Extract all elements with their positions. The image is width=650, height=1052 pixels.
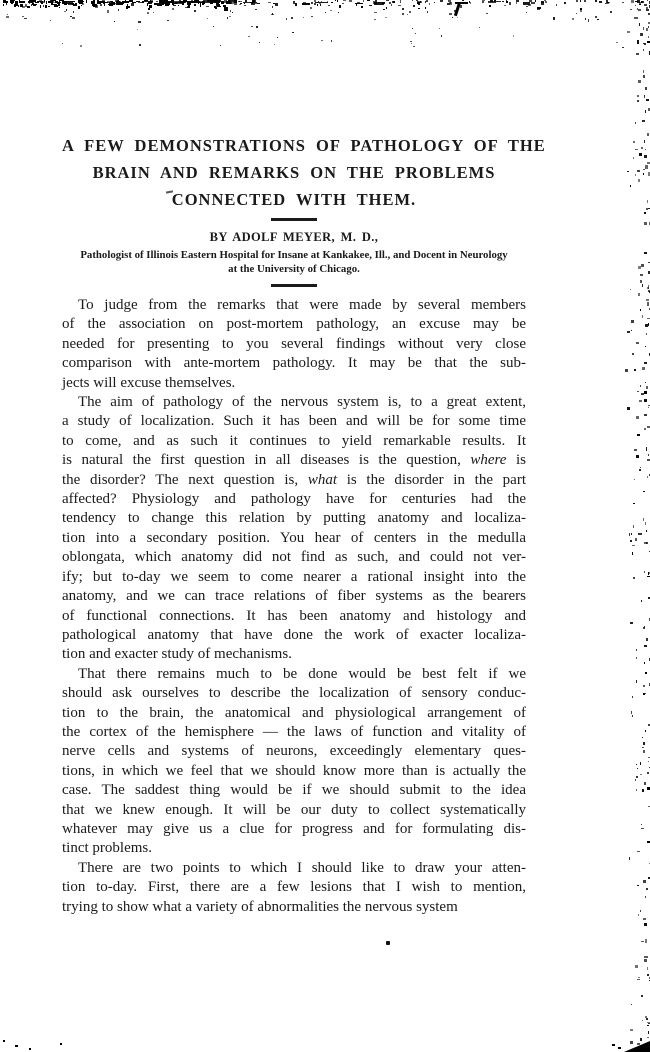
scan-speck xyxy=(636,342,638,344)
scan-speck xyxy=(640,467,641,468)
scan-speck xyxy=(642,747,644,748)
scan-speck xyxy=(637,768,639,769)
scan-speck xyxy=(645,1016,647,1017)
paragraph: The aim of pathology of the nervous syst… xyxy=(62,393,526,665)
scan-speck xyxy=(641,393,644,395)
scan-speck xyxy=(644,400,646,402)
scan-speck xyxy=(572,18,574,19)
scan-speck xyxy=(641,264,644,267)
scan-speck xyxy=(59,7,61,9)
scan-speck xyxy=(648,26,649,28)
scan-speck xyxy=(647,772,649,774)
scan-speck xyxy=(645,165,648,168)
scan-speck xyxy=(649,5,650,7)
scan-speck xyxy=(643,742,645,745)
scan-speck xyxy=(645,87,646,90)
scan-speck xyxy=(6,3,7,5)
scan-speck xyxy=(627,331,630,334)
scan-speck xyxy=(630,9,632,10)
scan-speck xyxy=(647,576,650,578)
scan-speck xyxy=(643,918,646,919)
body-line: of the association on post-mortem pathol… xyxy=(62,315,526,334)
scan-speck xyxy=(53,0,55,1)
scan-speck xyxy=(58,5,59,7)
article-body: To judge from the remarks that were made… xyxy=(62,296,526,917)
byline: BY ADOLF MEYER, M. D., xyxy=(62,230,526,245)
body-line: of functional connections. It has been a… xyxy=(62,607,526,626)
scan-speck xyxy=(643,49,645,51)
scan-speck xyxy=(637,8,638,10)
scan-speck xyxy=(640,280,642,283)
scan-speck xyxy=(648,1031,649,1034)
scan-speck xyxy=(50,0,53,1)
scan-speck xyxy=(58,2,60,4)
title-line: CONNECTED WITH THEM. xyxy=(62,186,526,213)
body-line: ify; but to-day we seem to come nearer a… xyxy=(62,568,526,587)
scan-speck xyxy=(605,3,608,4)
scan-speck xyxy=(646,1018,648,1020)
scan-speck xyxy=(541,1,543,4)
scan-speck xyxy=(644,155,647,158)
scan-speck xyxy=(646,638,648,641)
scan-speck xyxy=(33,5,36,6)
scan-speck xyxy=(643,518,644,521)
scan-speck xyxy=(648,572,650,574)
scan-speck xyxy=(622,2,624,3)
scan-speck xyxy=(34,4,37,5)
scan-speck xyxy=(646,888,648,891)
scan-speck xyxy=(642,1020,643,1021)
scan-speck xyxy=(643,880,646,882)
scan-speck xyxy=(645,730,646,732)
scan-speck xyxy=(642,315,643,317)
separator-rule-top xyxy=(271,218,317,221)
scan-speck xyxy=(647,1037,649,1038)
scan-artifact-dot xyxy=(386,941,390,945)
scan-speck xyxy=(57,5,58,7)
scan-speck xyxy=(59,0,60,2)
body-line: tendency to change this relation by putt… xyxy=(62,509,526,528)
scan-speck xyxy=(630,289,631,290)
scan-speck xyxy=(648,454,650,456)
scan-speck xyxy=(14,0,15,1)
scan-speck xyxy=(635,122,636,124)
scan-speck xyxy=(638,80,641,83)
scan-speck xyxy=(646,447,647,450)
scan-speck xyxy=(637,0,640,3)
scan-speck xyxy=(642,367,645,370)
scan-speck xyxy=(634,17,637,19)
scan-speck xyxy=(636,416,639,419)
scan-speck xyxy=(33,3,35,4)
body-line: oblongata, which anatomy did not find as… xyxy=(62,548,526,567)
scan-speck xyxy=(640,309,641,312)
scan-speck xyxy=(642,284,643,287)
scan-speck xyxy=(646,208,648,210)
scan-speck xyxy=(52,0,54,1)
scan-speck xyxy=(545,1,546,4)
scan-speck xyxy=(636,649,637,650)
scan-speck xyxy=(644,212,647,214)
scan-speck xyxy=(633,141,636,143)
scan-speck xyxy=(15,1,18,3)
scan-speck xyxy=(526,6,529,8)
scan-speck xyxy=(33,0,36,1)
scan-speck xyxy=(580,10,583,12)
scan-speck xyxy=(618,1047,621,1049)
scan-speck xyxy=(31,1,33,3)
scan-speck xyxy=(645,324,648,327)
scan-speck xyxy=(640,762,641,765)
scan-speck xyxy=(599,1,602,3)
body-line: tion to the brain, the anatomical and ph… xyxy=(62,704,526,723)
scan-speck xyxy=(3,0,6,1)
scan-speck xyxy=(22,6,25,8)
scan-speck xyxy=(24,18,26,19)
scan-speck xyxy=(32,3,34,6)
scan-speck xyxy=(643,27,644,29)
scan-speck xyxy=(641,1,643,2)
scan-speck xyxy=(636,680,638,683)
scan-speck xyxy=(639,23,641,26)
scan-speck xyxy=(638,977,640,978)
title-line: BRAIN AND REMARKS ON THE PROBLEMS xyxy=(62,159,526,186)
scan-speck xyxy=(3,0,4,2)
scan-speck xyxy=(631,330,633,331)
scan-speck xyxy=(630,540,632,542)
scan-speck xyxy=(595,0,598,2)
scan-speck xyxy=(49,1,51,2)
scan-speck xyxy=(646,28,648,31)
scan-speck xyxy=(642,789,644,792)
scan-speck xyxy=(646,530,647,532)
scan-speck xyxy=(634,479,635,480)
body-line: To judge from the remarks that were made… xyxy=(62,296,526,315)
scan-speck xyxy=(635,965,637,968)
scan-speck xyxy=(638,914,639,916)
scan-speck xyxy=(636,776,637,778)
scan-speck xyxy=(631,711,632,714)
body-line: the cortex of the hemisphere — the laws … xyxy=(62,723,526,742)
scan-speck xyxy=(632,353,634,354)
scan-speck xyxy=(643,70,644,73)
scan-speck xyxy=(51,1,53,4)
scan-speck xyxy=(607,2,609,3)
scan-speck xyxy=(42,1,45,3)
scan-speck xyxy=(637,391,639,393)
scan-speck xyxy=(637,1043,639,1044)
scan-speck xyxy=(644,399,647,401)
scan-speck xyxy=(564,2,566,4)
scan-speck xyxy=(18,5,19,7)
scan-speck xyxy=(643,693,645,695)
body-line: should ask ourselves to describe the loc… xyxy=(62,684,526,703)
scan-speck xyxy=(622,47,624,48)
scan-speck xyxy=(644,959,647,962)
scan-speck xyxy=(646,542,648,544)
scan-speck xyxy=(576,13,577,14)
scan-speck xyxy=(30,0,31,2)
scan-speck xyxy=(648,407,649,408)
body-line: is natural the first question in all dis… xyxy=(62,451,526,470)
scan-speck xyxy=(48,1,51,3)
scan-speck xyxy=(644,662,645,664)
scan-speck xyxy=(639,400,642,402)
scan-speck xyxy=(48,6,51,8)
body-line: that we knew enough. It will be our duty… xyxy=(62,801,526,820)
body-line: tion to-day. First, there are a few lesi… xyxy=(62,878,526,897)
title-line: A FEW DEMONSTRATIONS OF PATHOLOGY OF THE xyxy=(62,132,526,159)
scan-speck xyxy=(3,4,4,5)
scan-speck xyxy=(641,828,644,829)
scan-speck xyxy=(634,449,637,451)
scan-speck xyxy=(54,4,57,7)
scan-speck xyxy=(597,19,599,20)
scan-speck xyxy=(55,1,57,3)
body-line: to come, and as such it continues to yie… xyxy=(62,432,526,451)
scan-speck xyxy=(40,5,42,8)
scan-speck xyxy=(11,3,13,5)
scan-speck xyxy=(646,99,649,102)
scan-speck xyxy=(627,31,629,33)
scan-speck xyxy=(644,428,647,430)
scan-speck xyxy=(643,491,645,493)
scan-speck xyxy=(647,426,650,427)
scan-speck xyxy=(585,18,587,20)
scan-speck xyxy=(22,16,24,17)
scan-speck xyxy=(639,2,641,5)
scan-speck xyxy=(637,40,639,43)
scan-speck xyxy=(647,787,649,790)
scan-speck xyxy=(631,0,634,2)
scan-speck xyxy=(636,764,637,765)
scan-speck xyxy=(51,0,54,2)
scan-speck xyxy=(20,1,22,3)
scan-speck xyxy=(15,2,19,5)
body-line: There are two points to which I should l… xyxy=(62,859,526,878)
scan-speck xyxy=(29,2,31,5)
scan-speck xyxy=(612,1044,615,1046)
scan-speck xyxy=(637,851,640,853)
scan-artifact-corner-wedge xyxy=(624,1041,650,1052)
scan-speck xyxy=(644,923,647,926)
scan-speck xyxy=(21,1,25,4)
scan-speck xyxy=(632,552,634,555)
scan-speck xyxy=(630,185,631,186)
scan-speck xyxy=(31,4,33,6)
scan-speck xyxy=(647,974,649,976)
scan-speck xyxy=(3,0,5,3)
scan-speck xyxy=(633,577,635,578)
scan-speck xyxy=(648,761,649,762)
scan-speck xyxy=(3,1,4,3)
scan-speck xyxy=(39,0,42,1)
scan-speck xyxy=(625,369,628,372)
scan-speck xyxy=(647,476,648,478)
scan-speck xyxy=(535,0,536,2)
scan-speck xyxy=(641,824,642,826)
scan-speck xyxy=(636,455,638,458)
scan-speck xyxy=(645,382,646,383)
scan-speck xyxy=(595,16,597,18)
scan-speck xyxy=(645,939,647,942)
scan-speck xyxy=(630,622,633,624)
body-line: trying to show what a variety of abnorma… xyxy=(62,898,526,917)
scan-speck xyxy=(39,1,43,2)
scan-speck xyxy=(644,43,646,45)
scan-speck xyxy=(643,75,645,78)
scan-speck xyxy=(632,715,633,717)
scan-speck xyxy=(638,533,641,535)
scan-speck xyxy=(6,1,8,3)
scan-speck xyxy=(644,140,645,143)
scan-speck xyxy=(639,153,642,156)
scan-speck xyxy=(644,4,647,6)
scan-speck xyxy=(643,693,646,694)
scan-speck xyxy=(630,1041,632,1044)
scan-speck xyxy=(608,3,610,4)
scan-speck xyxy=(14,4,16,7)
scan-speck xyxy=(25,4,27,6)
scan-speck xyxy=(648,36,650,38)
scan-speck xyxy=(627,171,630,172)
scan-speck xyxy=(631,320,634,323)
scan-speck xyxy=(19,0,20,3)
scan-speck xyxy=(642,737,643,738)
scan-speck xyxy=(541,2,544,4)
scan-speck xyxy=(639,469,641,470)
scan-speck xyxy=(631,533,632,535)
scan-speck xyxy=(35,2,38,3)
scan-speck xyxy=(629,857,630,860)
body-line: nerve cells and systems of neurons, exce… xyxy=(62,742,526,761)
scan-speck xyxy=(638,9,641,11)
scan-speck xyxy=(3,1,7,3)
scan-speck xyxy=(638,179,640,182)
scan-speck xyxy=(648,1049,650,1051)
scan-speck xyxy=(40,1,41,3)
scan-speck xyxy=(51,4,54,5)
body-line: The aim of pathology of the nervous syst… xyxy=(62,393,526,412)
scan-speck xyxy=(635,5,636,7)
affiliation-line: at the University of Chicago. xyxy=(62,263,526,277)
scan-speck xyxy=(645,346,647,347)
scan-speck xyxy=(41,2,43,4)
scan-speck xyxy=(633,525,634,528)
scan-speck xyxy=(635,779,637,781)
scan-speck xyxy=(50,20,51,21)
scan-speck xyxy=(641,995,643,997)
scan-speck xyxy=(46,1,47,4)
scan-speck xyxy=(648,572,649,574)
scan-speck xyxy=(633,503,636,504)
scan-speck xyxy=(647,967,648,969)
paragraph: To judge from the remarks that were made… xyxy=(62,296,526,393)
scan-speck xyxy=(32,0,34,3)
scan-speck xyxy=(608,2,610,4)
scan-speck xyxy=(632,696,633,698)
scan-speck xyxy=(635,149,638,151)
scan-speck xyxy=(636,53,639,55)
scan-speck xyxy=(606,0,608,3)
scan-speck xyxy=(641,941,644,943)
article-title: A FEW DEMONSTRATIONS OF PATHOLOGY OF THE… xyxy=(62,132,526,213)
scan-speck xyxy=(27,6,30,8)
scan-speck xyxy=(645,149,646,151)
scan-speck xyxy=(647,1025,649,1026)
scan-speck xyxy=(553,17,555,20)
scan-speck xyxy=(645,672,647,674)
body-line: tion and exacter study of mechanisms. xyxy=(62,645,526,664)
scan-speck xyxy=(526,12,527,14)
scan-speck xyxy=(29,1048,31,1050)
paragraph: That there remains much to be done would… xyxy=(62,665,526,859)
scan-speck xyxy=(10,0,13,3)
scan-speck xyxy=(629,533,630,536)
scan-speck xyxy=(640,33,643,36)
scan-speck xyxy=(647,287,649,289)
body-line: pathological anatomy that have done the … xyxy=(62,626,526,645)
scan-speck xyxy=(637,170,640,172)
body-line: That there remains much to be done would… xyxy=(62,665,526,684)
scan-speck xyxy=(640,385,641,388)
scan-speck xyxy=(636,657,637,659)
scan-speck xyxy=(644,362,647,364)
body-line: tinct problems. xyxy=(62,839,526,858)
scan-speck xyxy=(644,252,647,254)
scan-speck xyxy=(529,0,531,1)
scan-speck xyxy=(3,1040,5,1042)
scan-speck xyxy=(639,4,641,6)
scan-speck xyxy=(53,2,55,4)
scan-speck xyxy=(633,157,634,159)
scan-speck xyxy=(28,1,32,3)
scan-speck xyxy=(644,571,645,574)
scan-speck xyxy=(644,782,646,785)
scan-speck xyxy=(646,333,647,335)
scan-speck xyxy=(58,4,60,6)
scan-speck xyxy=(635,1,637,2)
scan-speck xyxy=(7,14,8,15)
body-line: case. The saddest thing would be if we s… xyxy=(62,781,526,800)
scan-speck xyxy=(576,0,578,1)
body-line: tion into a secondary position. You hear… xyxy=(62,529,526,548)
scan-speck xyxy=(643,173,645,175)
scan-speck xyxy=(637,100,639,102)
body-line: tions, in which we feel that we should k… xyxy=(62,762,526,781)
scan-speck xyxy=(644,542,646,545)
scan-speck xyxy=(588,19,589,21)
scan-speck xyxy=(630,1029,633,1031)
scan-speck xyxy=(637,95,639,97)
scan-speck xyxy=(528,4,531,6)
scan-speck xyxy=(37,1,39,3)
scan-speck xyxy=(649,51,650,54)
scan-speck xyxy=(537,8,540,10)
scan-speck xyxy=(537,7,540,10)
scan-speck xyxy=(544,0,547,1)
scan-speck xyxy=(29,1,32,2)
body-line: whatever may give us a clue for progress… xyxy=(62,820,526,839)
scan-speck xyxy=(637,434,640,437)
scan-speck xyxy=(556,4,557,5)
scan-speck xyxy=(531,2,535,4)
scan-speck xyxy=(640,774,642,775)
scan-speck xyxy=(580,0,582,2)
scan-speck xyxy=(647,200,649,203)
body-line: a study of localization. Such it has bee… xyxy=(62,412,526,431)
scan-speck xyxy=(60,1043,62,1045)
